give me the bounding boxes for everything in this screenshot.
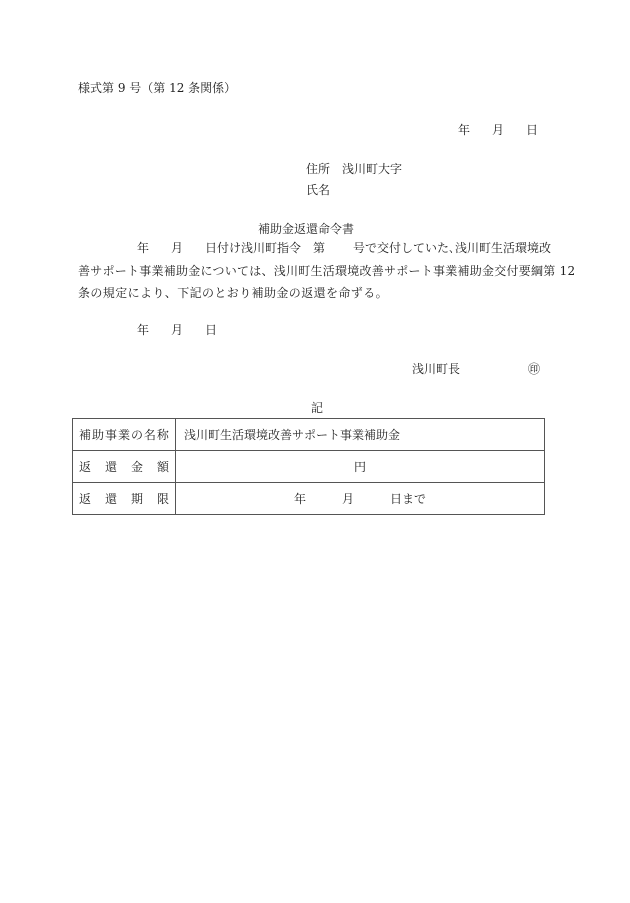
signatory-title: 浅川町長	[412, 362, 460, 376]
record-table: 補 助 事 業 の 名 称 浅川町生活環境改善サポート事業補助金 返 還 金 額…	[72, 418, 545, 515]
label-char: 額	[157, 458, 169, 475]
date-top-month: 月	[492, 123, 504, 137]
seal-mark: ㊞	[528, 362, 540, 376]
label-char: 限	[157, 490, 169, 507]
value-cell-project-name: 浅川町生活環境改善サポート事業補助金	[176, 419, 545, 451]
date-top: 年月日	[458, 123, 538, 137]
label-char: 名	[144, 426, 156, 443]
label-char: 助	[92, 426, 104, 443]
date-bottom: 年月日	[137, 323, 217, 337]
body-month: 月	[171, 241, 183, 255]
date-bottom-year: 年	[137, 323, 149, 337]
deadline-year: 年	[294, 492, 306, 506]
table-row: 返 還 期 限 年月日まで	[73, 483, 545, 515]
label-char: 金	[131, 458, 143, 475]
body-line-1: 年月日付け浅川町指令 第号で交付していた､浅川町生活環境改	[137, 241, 551, 255]
label-char: 期	[131, 490, 143, 507]
label-char: の	[131, 426, 143, 443]
date-top-year: 年	[458, 123, 470, 137]
document-title: 補助金返還命令書	[258, 222, 354, 236]
body-line1-a: 日付け浅川町指令 第	[205, 241, 325, 255]
label-cell-return-amount: 返 還 金 額	[73, 451, 176, 483]
body-line-3: 条の規定により、下記のとおり補助金の返還を命ずる。	[78, 286, 388, 300]
label-char: 称	[157, 426, 169, 443]
label-cell-project-name: 補 助 事 業 の 名 称	[73, 419, 176, 451]
date-top-day: 日	[526, 123, 538, 137]
body-line-2: 善サポート事業補助金については、浅川町生活環境改善サポート事業補助金交付要綱第 …	[78, 264, 575, 278]
address-value: 浅川町大字	[342, 162, 402, 176]
deadline-month: 月	[342, 492, 354, 506]
form-number: 様式第 9 号（第 12 条関係）	[78, 81, 236, 95]
name-label: 氏名	[306, 183, 330, 197]
value-cell-return-amount: 円	[176, 451, 545, 483]
date-bottom-month: 月	[171, 323, 183, 337]
label-char: 還	[105, 458, 117, 475]
body-line1-b: 号で交付していた､浅川町生活環境改	[353, 241, 551, 255]
body-year: 年	[137, 241, 149, 255]
date-bottom-day: 日	[205, 323, 217, 337]
label-char: 補	[79, 426, 91, 443]
label-char: 業	[118, 426, 130, 443]
label-char: 返	[79, 458, 91, 475]
label-char: 事	[105, 426, 117, 443]
ki-heading: 記	[311, 401, 323, 415]
address-label: 住所	[306, 162, 330, 176]
table-row: 補 助 事 業 の 名 称 浅川町生活環境改善サポート事業補助金	[73, 419, 545, 451]
label-cell-return-deadline: 返 還 期 限	[73, 483, 176, 515]
label-char: 還	[105, 490, 117, 507]
value-cell-return-deadline: 年月日まで	[176, 483, 545, 515]
recipient-address: 住所浅川町大字	[306, 162, 402, 176]
label-char: 返	[79, 490, 91, 507]
table-row: 返 還 金 額 円	[73, 451, 545, 483]
deadline-day: 日まで	[390, 492, 426, 506]
